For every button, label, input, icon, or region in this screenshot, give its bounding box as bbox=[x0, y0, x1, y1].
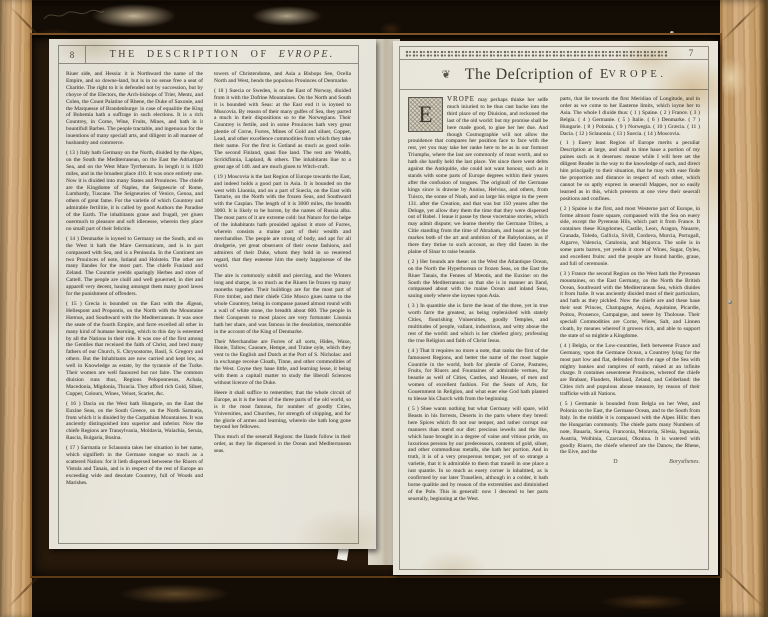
paragraph: ( 1 ) Euery least Region of Europe merit… bbox=[560, 140, 700, 202]
paragraph: ( 17 ) Sarmatia or Sclauonia takes her s… bbox=[66, 445, 203, 486]
paragraph: Thus much of the seuerall Regions: the I… bbox=[214, 434, 351, 455]
paragraph: ( 16 ) Dacia on the West hath Hungarie, … bbox=[66, 401, 203, 442]
paragraph: ( 13 ) Italy hath Germany on the North, … bbox=[66, 150, 203, 233]
left-running-header: 8 THE DESCRIPTION OF EVROPE. bbox=[59, 46, 358, 64]
paragraph: ( 2 ) Her bounds are these: on the West … bbox=[408, 259, 548, 300]
frame-left-rail bbox=[0, 0, 32, 617]
page-left: 8 THE DESCRIPTION OF EVROPE. Riuer side,… bbox=[49, 39, 376, 549]
paragraph: Riuer side, and Hessia: it is Northward … bbox=[66, 71, 203, 147]
pencil-scribble bbox=[42, 6, 106, 24]
paragraph: parts, that lie towards the first Meridi… bbox=[560, 96, 700, 137]
paragraph: The aire is commonly subtill and piercin… bbox=[214, 273, 351, 335]
paragraph: ( 5 ) Shee wants nothing but what German… bbox=[408, 406, 548, 503]
left-header-main: THE DESCRIPTION OF bbox=[110, 49, 269, 60]
left-header-title: THE DESCRIPTION OF EVROPE. bbox=[86, 49, 358, 60]
fleuron-icon: ❦ bbox=[442, 68, 451, 81]
right-text-block: 7 ❦ The Deſcription of E VROPE. E VROPE … bbox=[399, 46, 709, 570]
framed-book-photo: 8 THE DESCRIPTION OF EVROPE. Riuer side,… bbox=[0, 0, 768, 617]
right-columns: E VROPE may perhaps thinke her selfe muc… bbox=[408, 96, 700, 563]
frame-opening: 8 THE DESCRIPTION OF EVROPE. Riuer side,… bbox=[30, 33, 722, 578]
chapter-title-europe-initial: E bbox=[600, 67, 609, 83]
page-right: 7 ❦ The Deſcription of E VROPE. E VROPE … bbox=[393, 41, 718, 575]
paragraph: ( 4 ) Belgia, or the Low-countries, liet… bbox=[560, 343, 700, 398]
signature-mark: D bbox=[613, 459, 617, 465]
left-header-europe: EVROPE. bbox=[279, 49, 335, 60]
signature-row: D Borysthenes. bbox=[560, 459, 700, 465]
paragraph: ( 15 ) Grecia is bounded on the East wit… bbox=[66, 301, 203, 398]
frame-nail bbox=[728, 300, 732, 304]
opening-small-caps: VROPE bbox=[447, 96, 475, 103]
paragraph: ( 3 ) France the second Region on the We… bbox=[560, 271, 700, 340]
left-column-1: Riuer side, and Hessia: it is Northward … bbox=[66, 71, 203, 538]
right-column-1: E VROPE may perhaps thinke her selfe muc… bbox=[408, 96, 548, 563]
right-header-row: 7 bbox=[400, 47, 708, 60]
paragraph: ( 3 ) In quantitie she is farre the leas… bbox=[408, 303, 548, 344]
printer-ornament-band bbox=[404, 50, 668, 57]
left-column-2: towers of Christendome, and Asia a Bisho… bbox=[214, 71, 351, 538]
paragraph: ( 2 ) Spaine is the first, and most West… bbox=[560, 206, 700, 268]
left-page-number: 8 bbox=[59, 46, 86, 63]
chapter-title: The Deſcription of bbox=[465, 66, 593, 84]
paragraph: Heere it shall suffice to remember, that… bbox=[214, 390, 351, 431]
chapter-title-europe-rest: VROPE. bbox=[608, 69, 666, 80]
right-column-2: parts, that lie towards the first Meridi… bbox=[560, 96, 700, 563]
woodcut-drop-cap: E bbox=[408, 97, 443, 132]
paragraph: towers of Christendome, and Asia a Bisho… bbox=[214, 71, 351, 85]
left-columns: Riuer side, and Hessia: it is Northward … bbox=[66, 71, 351, 538]
left-text-block: 8 THE DESCRIPTION OF EVROPE. Riuer side,… bbox=[58, 45, 359, 544]
paragraph: ( 4 ) That it requires no more a note, t… bbox=[408, 348, 548, 403]
paragraph: ( 18 ) Suecia or Sweden, is on the East … bbox=[214, 88, 351, 171]
paragraph: ( 5 ) Germanie is bounded from Belgia on… bbox=[560, 401, 700, 456]
paragraph: ( 14 ) Denmarke is ioyned to Germany on … bbox=[66, 236, 203, 298]
paragraph: ( 19 ) Moscovia is the last Region of Eu… bbox=[214, 174, 351, 271]
catchword: Borysthenes. bbox=[669, 459, 700, 465]
paragraph: Their Merchandise are Furres of all sort… bbox=[214, 339, 351, 387]
right-title-row: ❦ The Deſcription of E VROPE. bbox=[400, 60, 708, 90]
frame-right-rail bbox=[720, 0, 768, 617]
right-page-number: 7 bbox=[678, 48, 704, 58]
